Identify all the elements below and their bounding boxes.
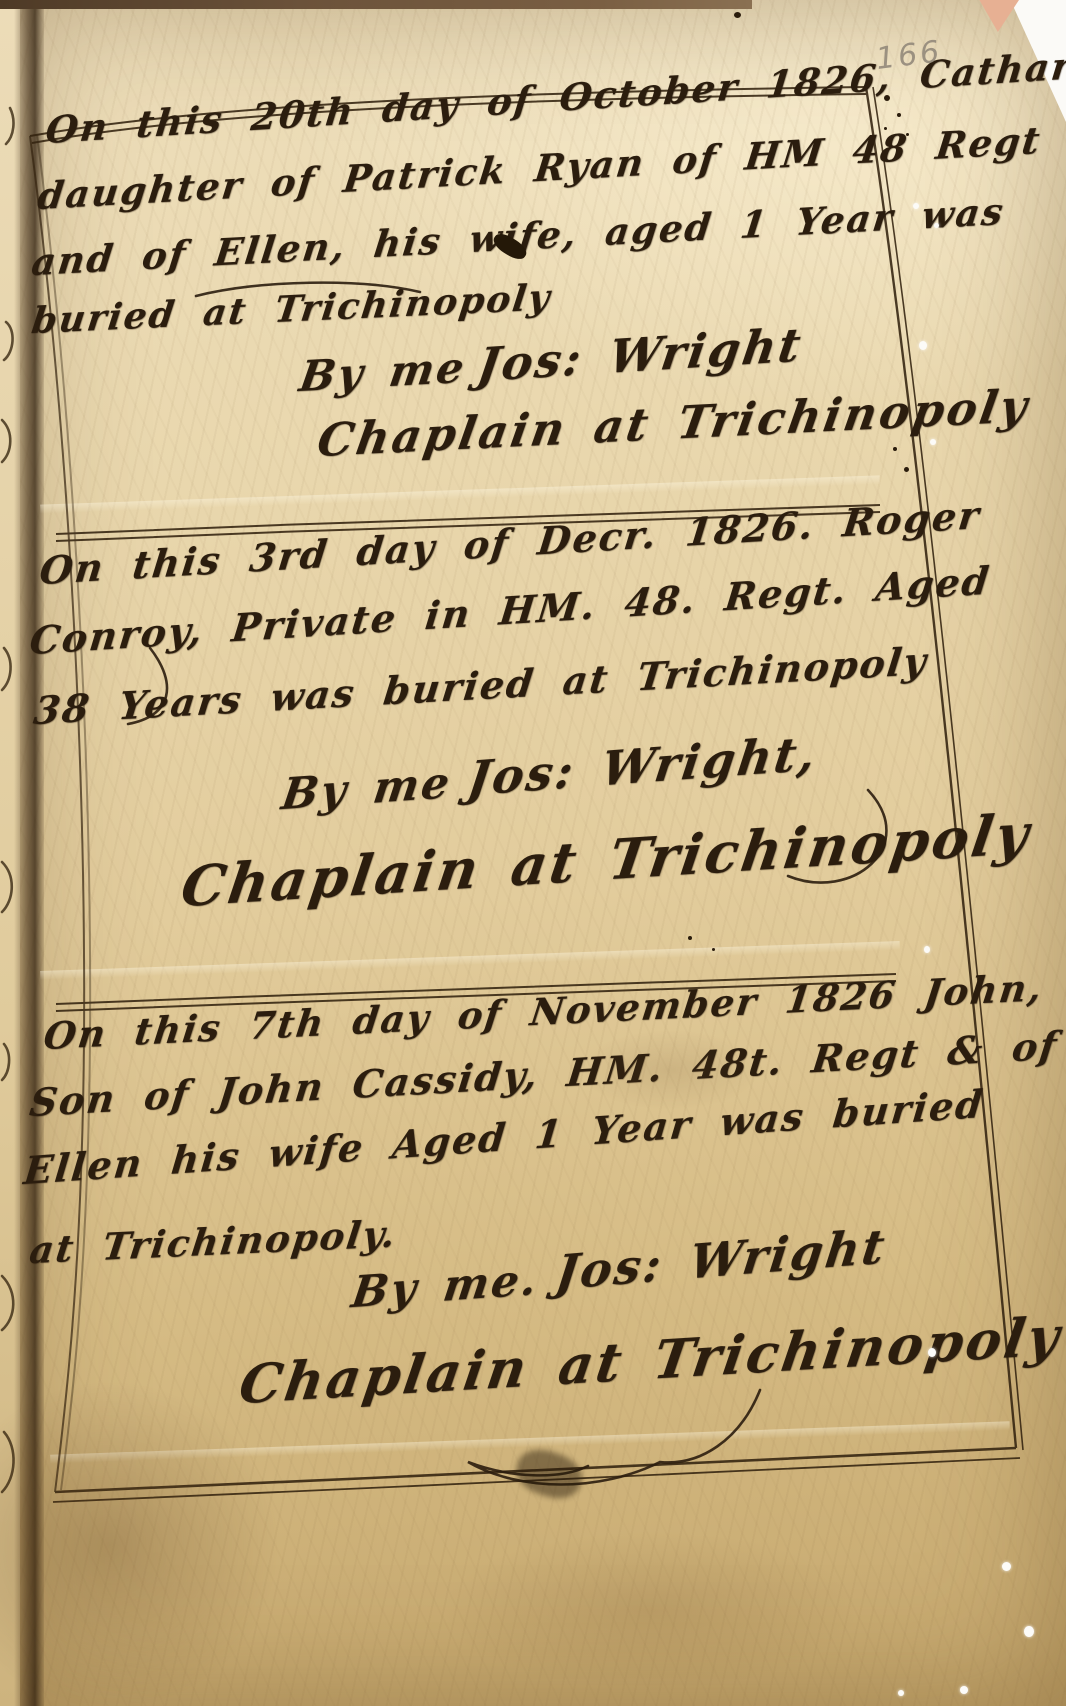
ink-speck xyxy=(893,447,897,451)
document-photo: On this 20th day of October 1826, Cathar… xyxy=(0,0,1066,1706)
ink-speck xyxy=(904,467,909,472)
ink-speck xyxy=(884,127,887,130)
margin-ink-fragments xyxy=(2,108,14,1492)
paper-hole xyxy=(919,341,927,350)
paper-hole xyxy=(913,203,919,209)
paper-hole xyxy=(1024,1626,1034,1637)
paper-hole xyxy=(934,223,939,228)
paper-hole xyxy=(930,439,936,445)
paper-hole xyxy=(960,1686,968,1694)
paper-hole xyxy=(1002,1562,1011,1571)
paper-hole xyxy=(928,1348,936,1357)
byline: By me xyxy=(296,342,470,401)
ink-speck xyxy=(884,95,890,101)
ink-speck xyxy=(688,936,692,940)
ink-speck xyxy=(712,948,715,951)
ink-speck xyxy=(906,133,909,136)
paper-hole xyxy=(924,946,930,953)
ink-speck xyxy=(734,12,741,18)
ink-speck xyxy=(897,113,901,117)
ink-speck xyxy=(876,221,880,225)
paper-hole xyxy=(898,1690,904,1696)
